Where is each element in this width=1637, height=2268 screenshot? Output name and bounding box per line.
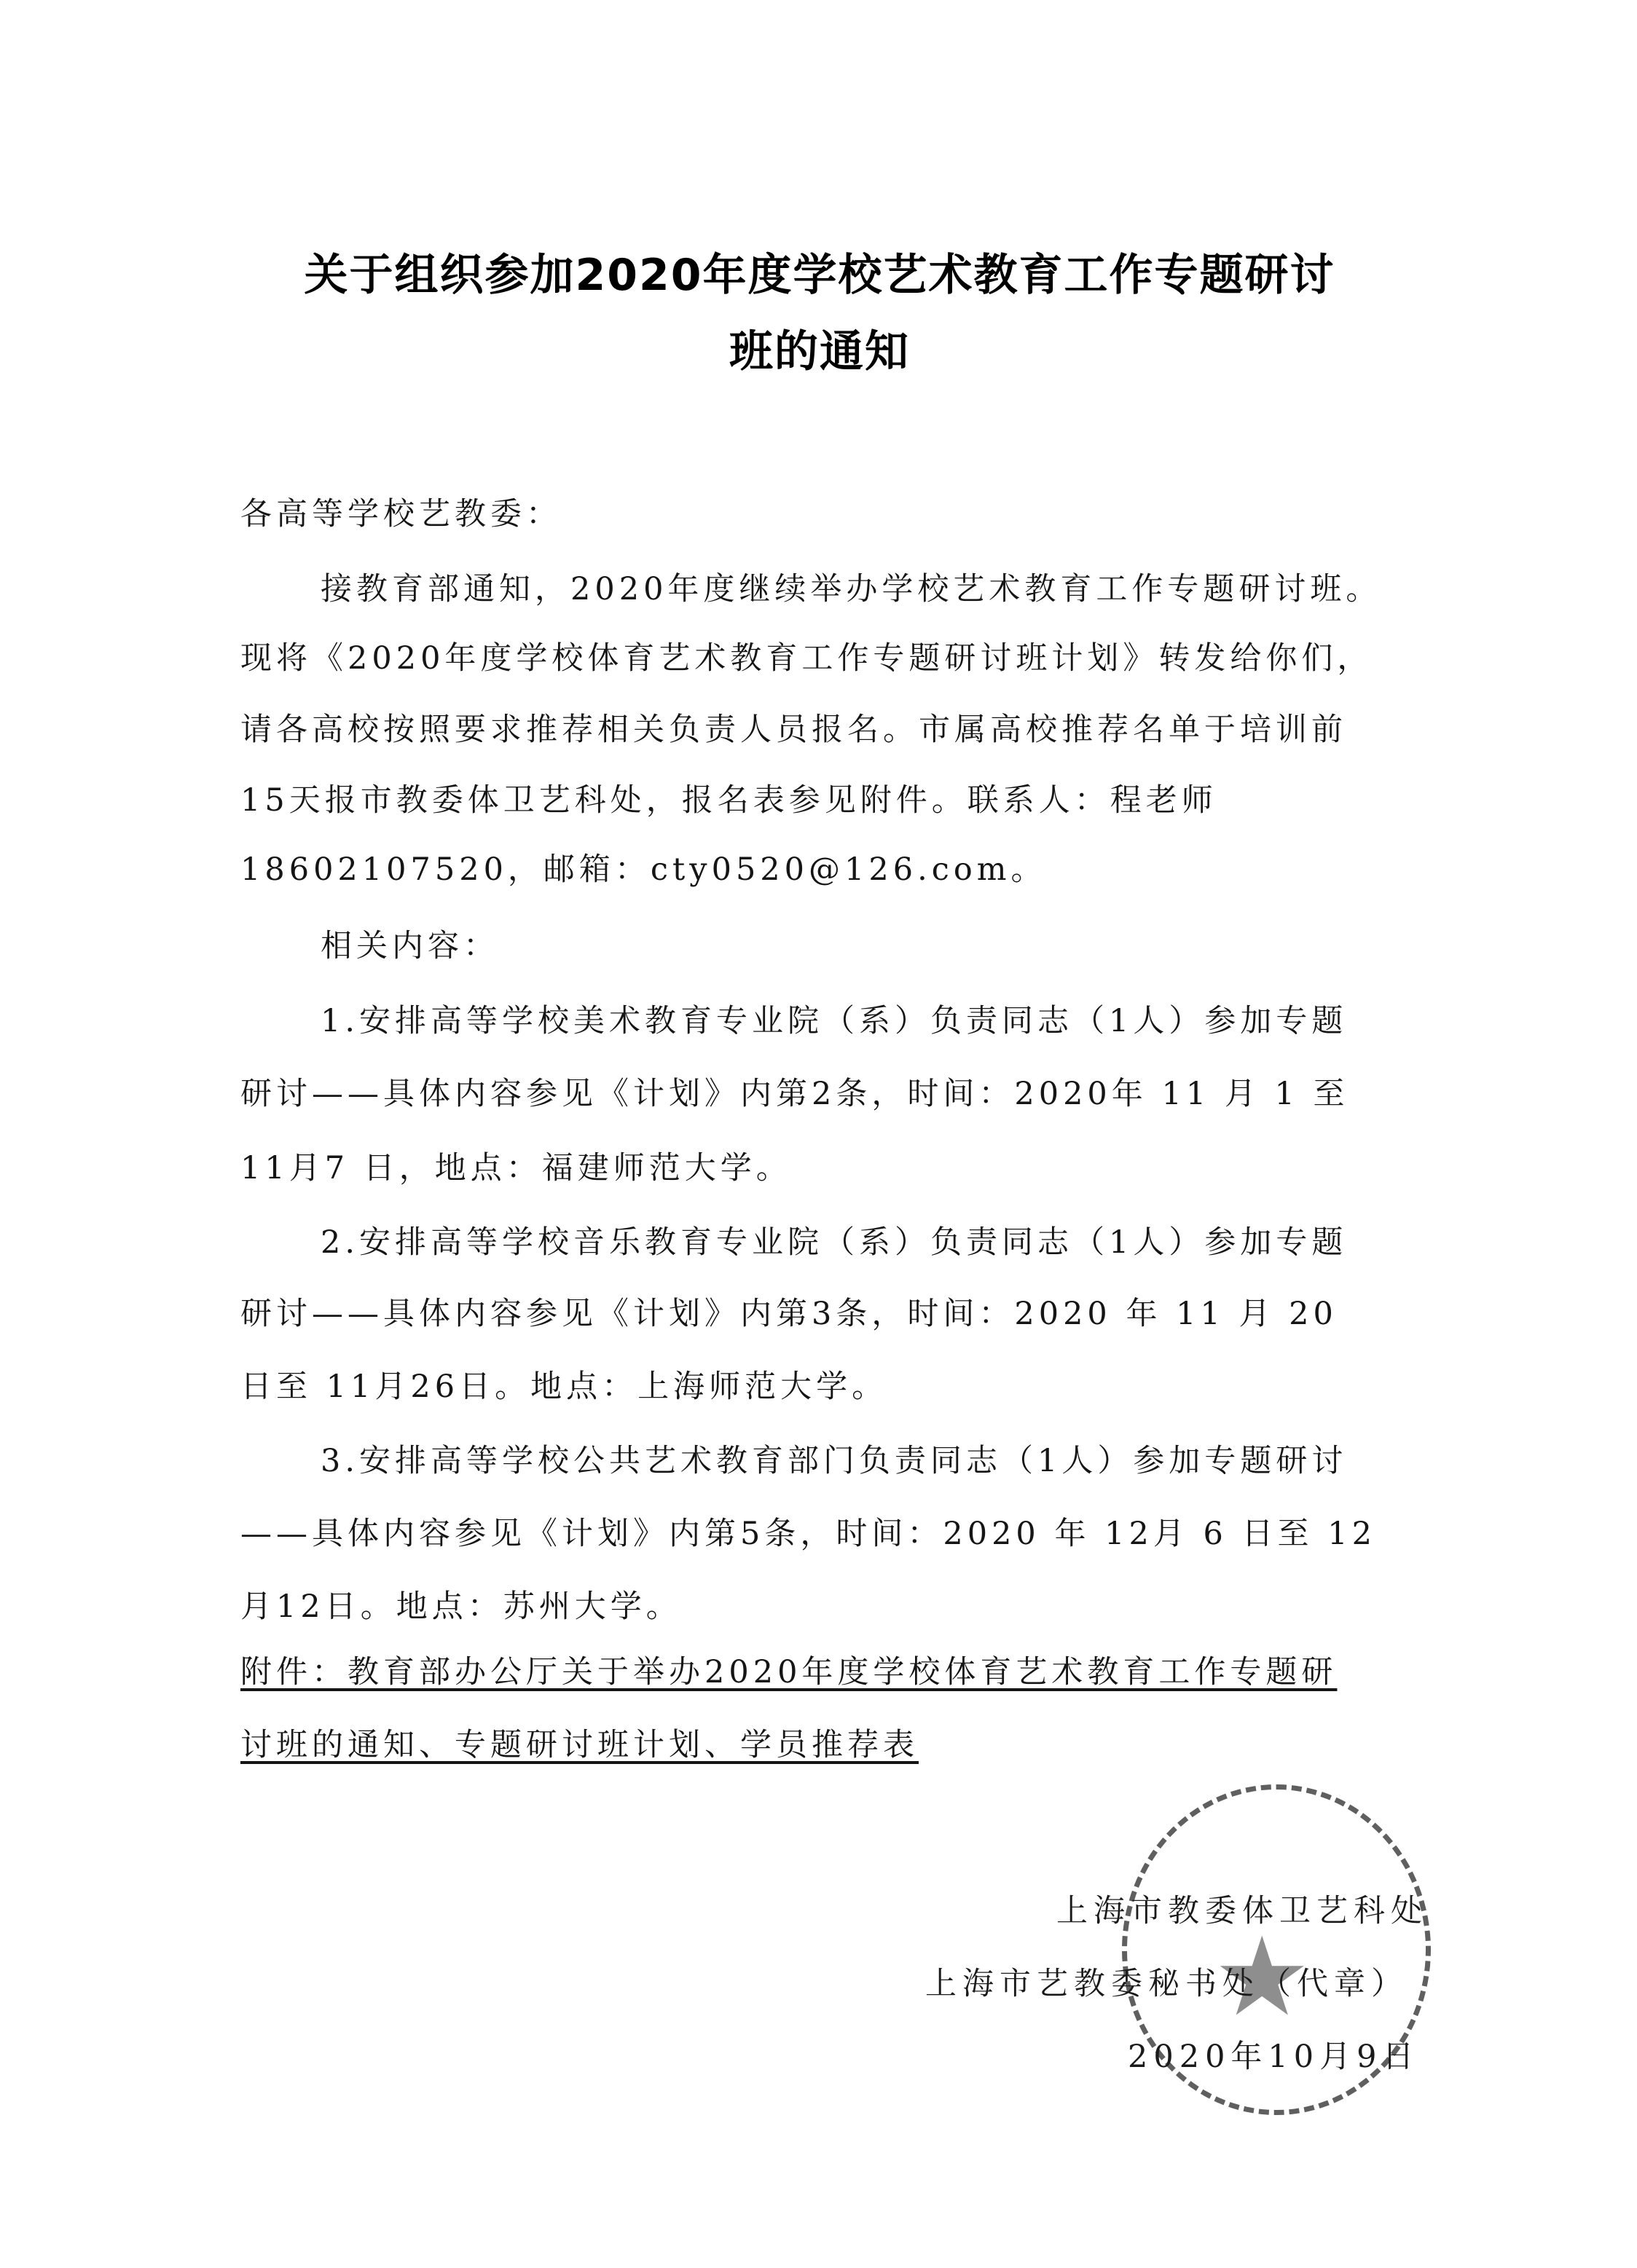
attachment-line-2[interactable]: 讨班的通知、专题研讨班计划、学员推荐表 xyxy=(240,1720,919,1765)
contents-heading: 相关内容： xyxy=(321,921,499,966)
item-2-line-1: 2.安排高等学校音乐教育专业院（系）负责同志（1人）参加专题 xyxy=(321,1218,1347,1262)
item-1-line-3: 11月7 日，地点：福建师范大学。 xyxy=(240,1143,792,1188)
item-1-line-2: 研讨——具体内容参见《计划》内第2条，时间：2020年 11 月 1 至 xyxy=(240,1069,1349,1114)
signature-org-2: 上海市艺教委秘书处（代章） xyxy=(925,1959,1408,2004)
document-title-line-1: 关于组织参加2020年度学校艺术教育工作专题研讨 xyxy=(219,240,1421,303)
intro-line-1: 接教育部通知，2020年度继续举办学校艺术教育工作专题研讨班。 xyxy=(321,564,1381,609)
item-1-line-1: 1.安排高等学校美术教育专业院（系）负责同志（1人）参加专题 xyxy=(321,996,1347,1041)
item-3-line-2: ——具体内容参见《计划》内第5条，时间：2020 年 12月 6 日至 12 xyxy=(240,1509,1376,1554)
item-3-line-3: 月12日。地点：苏州大学。 xyxy=(240,1582,682,1626)
item-2-line-3: 日至 11月26日。地点：上海师范大学。 xyxy=(240,1362,887,1406)
document-title-line-2: 班的通知 xyxy=(219,317,1421,379)
attachment-line-1[interactable]: 附件：教育部办公厅关于举办2020年度学校体育艺术教育工作专题研 xyxy=(240,1647,1337,1692)
item-3-line-1: 3.安排高等学校公共艺术教育部门负责同志（1人）参加专题研讨 xyxy=(321,1436,1347,1481)
signature-date: 2020年10月9日 xyxy=(1128,2032,1420,2076)
intro-line-3: 请各高校按照要求推荐相关负责人员报名。市属高校推荐名单于培训前 xyxy=(240,705,1347,749)
intro-line-5: 18602107520，邮箱：cty0520@126.com。 xyxy=(240,845,1047,889)
signature-org-1: 上海市教委体卫艺科处 xyxy=(1056,1886,1428,1931)
document-page: 关于组织参加2020年度学校艺术教育工作专题研讨 班的通知 各高等学校艺教委： … xyxy=(0,0,1637,2268)
item-2-line-2: 研讨——具体内容参见《计划》内第3条，时间：2020 年 11 月 20 xyxy=(240,1289,1338,1334)
intro-line-4: 15天报市教委体卫艺科处，报名表参见附件。联系人：程老师 xyxy=(240,776,1217,820)
intro-line-2: 现将《2020年度学校体育艺术教育工作专题研讨班计划》转发给你们， xyxy=(240,634,1373,678)
salutation: 各高等学校艺教委： xyxy=(240,489,562,534)
